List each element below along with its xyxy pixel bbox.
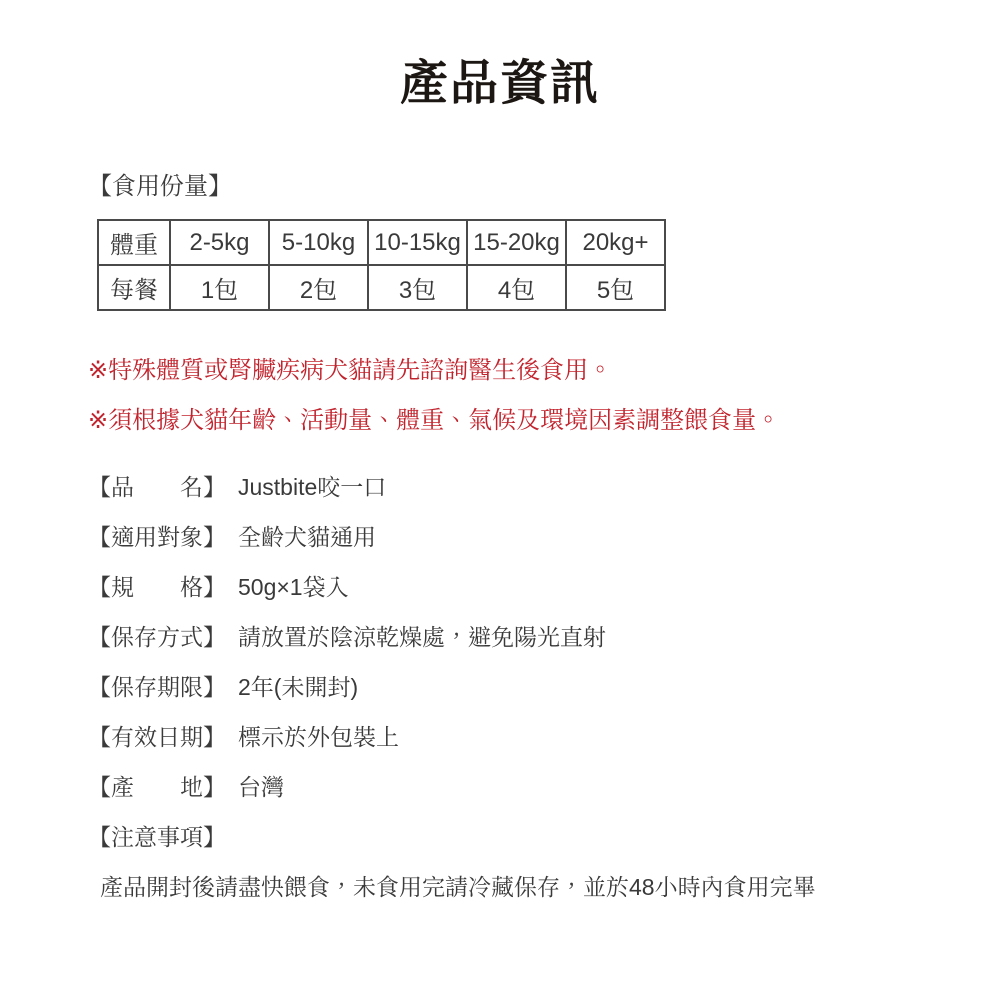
warning-note-2: ※須根據犬貓年齡、活動量、體重、氣候及環境因素調整餵食量。	[88, 407, 780, 435]
serving-section-label: 【食用份量】	[88, 166, 232, 201]
weight-cell: 15-20kg	[467, 220, 566, 265]
detail-value: 請放置於陰涼乾燥處，避免陽光直射	[238, 619, 606, 652]
meal-cell: 1包	[170, 265, 269, 310]
detail-row-storage-method: 【保存方式】 請放置於陰涼乾燥處，避免陽光直射	[88, 610, 606, 660]
table-row-weight: 體重 2-5kg 5-10kg 10-15kg 15-20kg 20kg+	[98, 220, 665, 265]
meal-row-header: 每餐	[98, 265, 170, 310]
detail-row-specification: 【規 格】 50g×1袋入	[88, 560, 606, 610]
warning-notes: ※特殊體質或腎臟疾病犬貓請先諮詢醫生後食用。 ※須根據犬貓年齡、活動量、體重、氣…	[88, 357, 780, 435]
meal-cell: 2包	[269, 265, 368, 310]
serving-table: 體重 2-5kg 5-10kg 10-15kg 15-20kg 20kg+ 每餐…	[97, 219, 666, 311]
table-row-meal: 每餐 1包 2包 3包 4包 5包	[98, 265, 665, 310]
meal-cell: 4包	[467, 265, 566, 310]
detail-label: 【規 格】	[88, 569, 226, 602]
detail-row-product-name: 【品 名】 Justbite咬一口	[88, 460, 606, 510]
detail-label: 【適用對象】	[88, 519, 226, 552]
weight-cell: 5-10kg	[269, 220, 368, 265]
detail-label: 【保存期限】	[88, 669, 226, 702]
weight-cell: 20kg+	[566, 220, 665, 265]
meal-cell: 5包	[566, 265, 665, 310]
detail-label: 【產 地】	[88, 769, 226, 802]
detail-value: 2年(未開封)	[238, 669, 358, 702]
page-title: 產品資訊	[0, 44, 1000, 113]
detail-row-applicable-pets: 【適用對象】 全齡犬貓通用	[88, 510, 606, 560]
weight-cell: 2-5kg	[170, 220, 269, 265]
detail-value: 全齡犬貓通用	[238, 519, 376, 552]
detail-row-shelf-life: 【保存期限】 2年(未開封)	[88, 660, 606, 710]
weight-cell: 10-15kg	[368, 220, 467, 265]
warning-note-1: ※特殊體質或腎臟疾病犬貓請先諮詢醫生後食用。	[88, 357, 780, 385]
detail-label: 【注意事項】	[88, 819, 226, 852]
detail-value: 50g×1袋入	[238, 569, 349, 602]
detail-row-origin: 【產 地】 台灣	[88, 760, 606, 810]
detail-row-precautions: 【注意事項】	[88, 810, 606, 860]
detail-label: 【品 名】	[88, 469, 226, 502]
detail-label: 【有效日期】	[88, 719, 226, 752]
meal-cell: 3包	[368, 265, 467, 310]
detail-value: Justbite咬一口	[238, 469, 386, 502]
detail-row-expiry-date: 【有效日期】 標示於外包裝上	[88, 710, 606, 760]
detail-value: 標示於外包裝上	[238, 719, 399, 752]
notice-text: 產品開封後請盡快餵食，未食用完請冷藏保存，並於48小時內食用完畢	[100, 869, 816, 902]
detail-value: 台灣	[238, 769, 284, 802]
weight-row-header: 體重	[98, 220, 170, 265]
detail-label: 【保存方式】	[88, 619, 226, 652]
product-details-list: 【品 名】 Justbite咬一口 【適用對象】 全齡犬貓通用 【規 格】 50…	[88, 460, 606, 860]
